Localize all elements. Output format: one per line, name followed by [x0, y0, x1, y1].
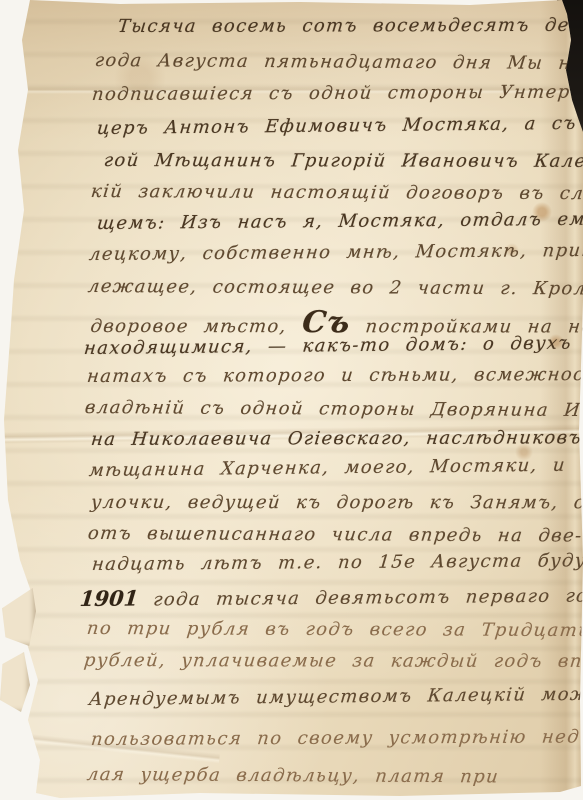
line-text: лежащее, состоящее во 2 части г. Кролевц…	[87, 276, 583, 300]
line-text: натахъ съ которого и сѣньми, всмежности	[86, 364, 583, 387]
line-text: мѣщанина Харченка, моего, Мостяки, и	[88, 455, 567, 481]
manuscript-line: года Августа пятьнадцатаго дня Мы ни-	[94, 50, 583, 74]
manuscript-line: 1901 года тысяча девятьсотъ перваго года…	[79, 580, 583, 611]
manuscript-line: лежащее, состоящее во 2 части г. Кролевц…	[87, 276, 583, 300]
manuscript-line: пользоваться по своему усмотрѣнію недѣ-	[90, 726, 583, 750]
manuscript-line: Тысяча восемь сотъ восемьдесятъ девята-	[117, 15, 583, 37]
manuscript-line: рублей, уплачиваемые за каждый годъ впер…	[83, 650, 583, 672]
manuscript-line: надцать лѣтъ т.е. по 15е Августа будущаг…	[91, 550, 583, 575]
line-text: кій заключили настоящій договоръ въ слѣд…	[90, 181, 583, 204]
manuscript-line: владѣній съ одной стороны Дворянина Ива-	[84, 397, 583, 421]
line-text: щемъ: Изъ насъ я, Мостяка, отдалъ ему, К…	[96, 208, 583, 234]
line-text: церъ Антонъ Ефимовичъ Мостяка, а съ дру-	[96, 112, 583, 139]
line-text: года тысяча девятьсотъ перваго года, за …	[137, 584, 583, 610]
manuscript-line: лецкому, собственно мнѣ, Мостякѣ, принад…	[88, 240, 583, 265]
scanned-document: Тысяча восемь сотъ восемьдесятъ девята-г…	[0, 0, 583, 800]
line-text: отъ вышеписаннаго числа впредь на две-	[87, 523, 583, 546]
manuscript-line: щемъ: Изъ насъ я, Мостяка, отдалъ ему, К…	[96, 208, 583, 234]
manuscript-line: Арендуемымъ имуществомъ Калецкій можетъ	[88, 683, 583, 710]
line-text: лая ущерба владѣльцу, платя при	[86, 764, 500, 787]
manuscript-line: натахъ съ которого и сѣньми, всмежности	[86, 364, 583, 387]
line-text: по три рубля въ годъ всего за Тридцать ш…	[86, 618, 583, 641]
line-text: на Николаевича Огіевскаго, наслѣдниковъ	[90, 427, 583, 450]
line-text: пользоваться по своему усмотрѣнію недѣ-	[90, 726, 583, 750]
line-text: подписавшіеся съ одной стороны Унтеръ-Оф…	[91, 81, 583, 105]
line-text: надцать лѣтъ т.е. по 15е Августа будущаг…	[91, 550, 583, 575]
line-text: лецкому, собственно мнѣ, Мостякѣ, принад…	[88, 240, 583, 265]
handwritten-text: Тысяча восемь сотъ восемьдесятъ девята-г…	[0, 0, 583, 800]
line-text: гой Мѣщанинъ Григорій Ивановичъ Калец-	[103, 150, 583, 172]
line-text: улочки, ведущей къ дорогѣ къ Занямъ, сро…	[90, 492, 583, 513]
overwritten-year: 1901	[79, 585, 140, 611]
torn-edge-flap	[2, 588, 36, 646]
manuscript-line: церъ Антонъ Ефимовичъ Мостяка, а съ дру-	[96, 112, 583, 139]
manuscript-line: кій заключили настоящій договоръ въ слѣд…	[90, 181, 583, 204]
line-text: рублей, уплачиваемые за каждый годъ впер…	[83, 650, 583, 672]
manuscript-line: мѣщанина Харченка, моего, Мостяки, и	[88, 455, 567, 481]
manuscript-line: на Николаевича Огіевскаго, наслѣдниковъ	[90, 427, 583, 450]
line-text: года Августа пятьнадцатаго дня Мы ни-	[94, 50, 583, 74]
manuscript-line: отъ вышеписаннаго числа впредь на две-	[87, 523, 583, 546]
line-text: Арендуемымъ имуществомъ Калецкій можетъ	[88, 683, 583, 710]
line-text: Тысяча восемь сотъ восемьдесятъ девята-	[117, 15, 583, 37]
manuscript-line: улочки, ведущей къ дорогѣ къ Занямъ, сро…	[90, 492, 583, 513]
torn-edge-flap	[0, 652, 30, 712]
manuscript-line: по три рубля въ годъ всего за Тридцать ш…	[86, 618, 583, 641]
manuscript-line: лая ущерба владѣльцу, платя при	[86, 764, 500, 787]
manuscript-line: подписавшіеся съ одной стороны Унтеръ-Оф…	[91, 81, 583, 105]
line-text: владѣній съ одной стороны Дворянина Ива-	[84, 397, 583, 421]
line-text: дворовое мѣсто,	[89, 316, 303, 337]
manuscript-line: гой Мѣщанинъ Григорій Ивановичъ Калец-	[103, 150, 583, 172]
manuscript-page: Тысяча восемь сотъ восемьдесятъ девята-г…	[0, 0, 583, 800]
